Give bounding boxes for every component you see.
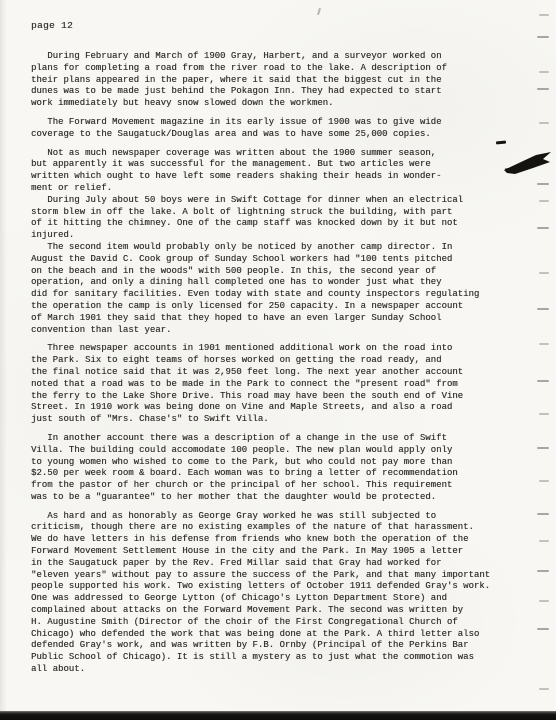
binding-mark-dash [537,513,549,515]
binding-mark-dash [537,183,549,185]
binding-mark-dash [539,200,549,202]
paragraph: The Forward Movement magazine in its ear… [31,117,490,141]
binding-mark-dash [539,480,549,482]
binding-mark-dash [537,570,549,572]
paragraph: Not as much newspaper coverage was writt… [31,148,490,195]
paragraph: During July about 50 boys were in Swift … [31,195,490,242]
binding-mark-dash [539,413,549,415]
binding-mark-dash [539,71,549,73]
binding-mark-dash [539,688,549,690]
binding-mark-dash [539,540,549,542]
binding-mark-dash [539,122,549,124]
binding-mark-dash [537,308,549,310]
scan-left-edge [0,0,7,720]
scan-bottom-edge [0,711,556,720]
binding-mark-dash [539,600,549,602]
binding-mark-dash [537,380,549,382]
paragraph: The second item would probably only be n… [31,242,490,336]
binding-mark-dash [537,227,549,229]
binding-mark-dash [537,628,549,630]
paragraph: During February and March of 1900 Gray, … [31,51,490,110]
page-body: During February and March of 1900 Gray, … [31,51,490,676]
binding-mark-dash [537,447,549,449]
scan-speck [317,8,321,15]
paragraph: In another account there was a descripti… [31,433,490,504]
page-number: page 12 [31,20,73,31]
binding-mark-dash [537,36,549,38]
binding-mark-dash [539,272,549,274]
ink-dash-mark [496,140,506,144]
binding-mark-dash [539,343,549,345]
ink-smudge-arrow-icon [503,149,553,179]
paragraph: Three newspaper accounts in 1901 mention… [31,343,490,426]
binding-mark-dash [539,14,549,16]
scanned-document-page: page 12 During February and March of 190… [0,0,556,720]
paragraph: As hard and as honorably as George Gray … [31,511,490,676]
binding-mark-dash [537,88,549,90]
